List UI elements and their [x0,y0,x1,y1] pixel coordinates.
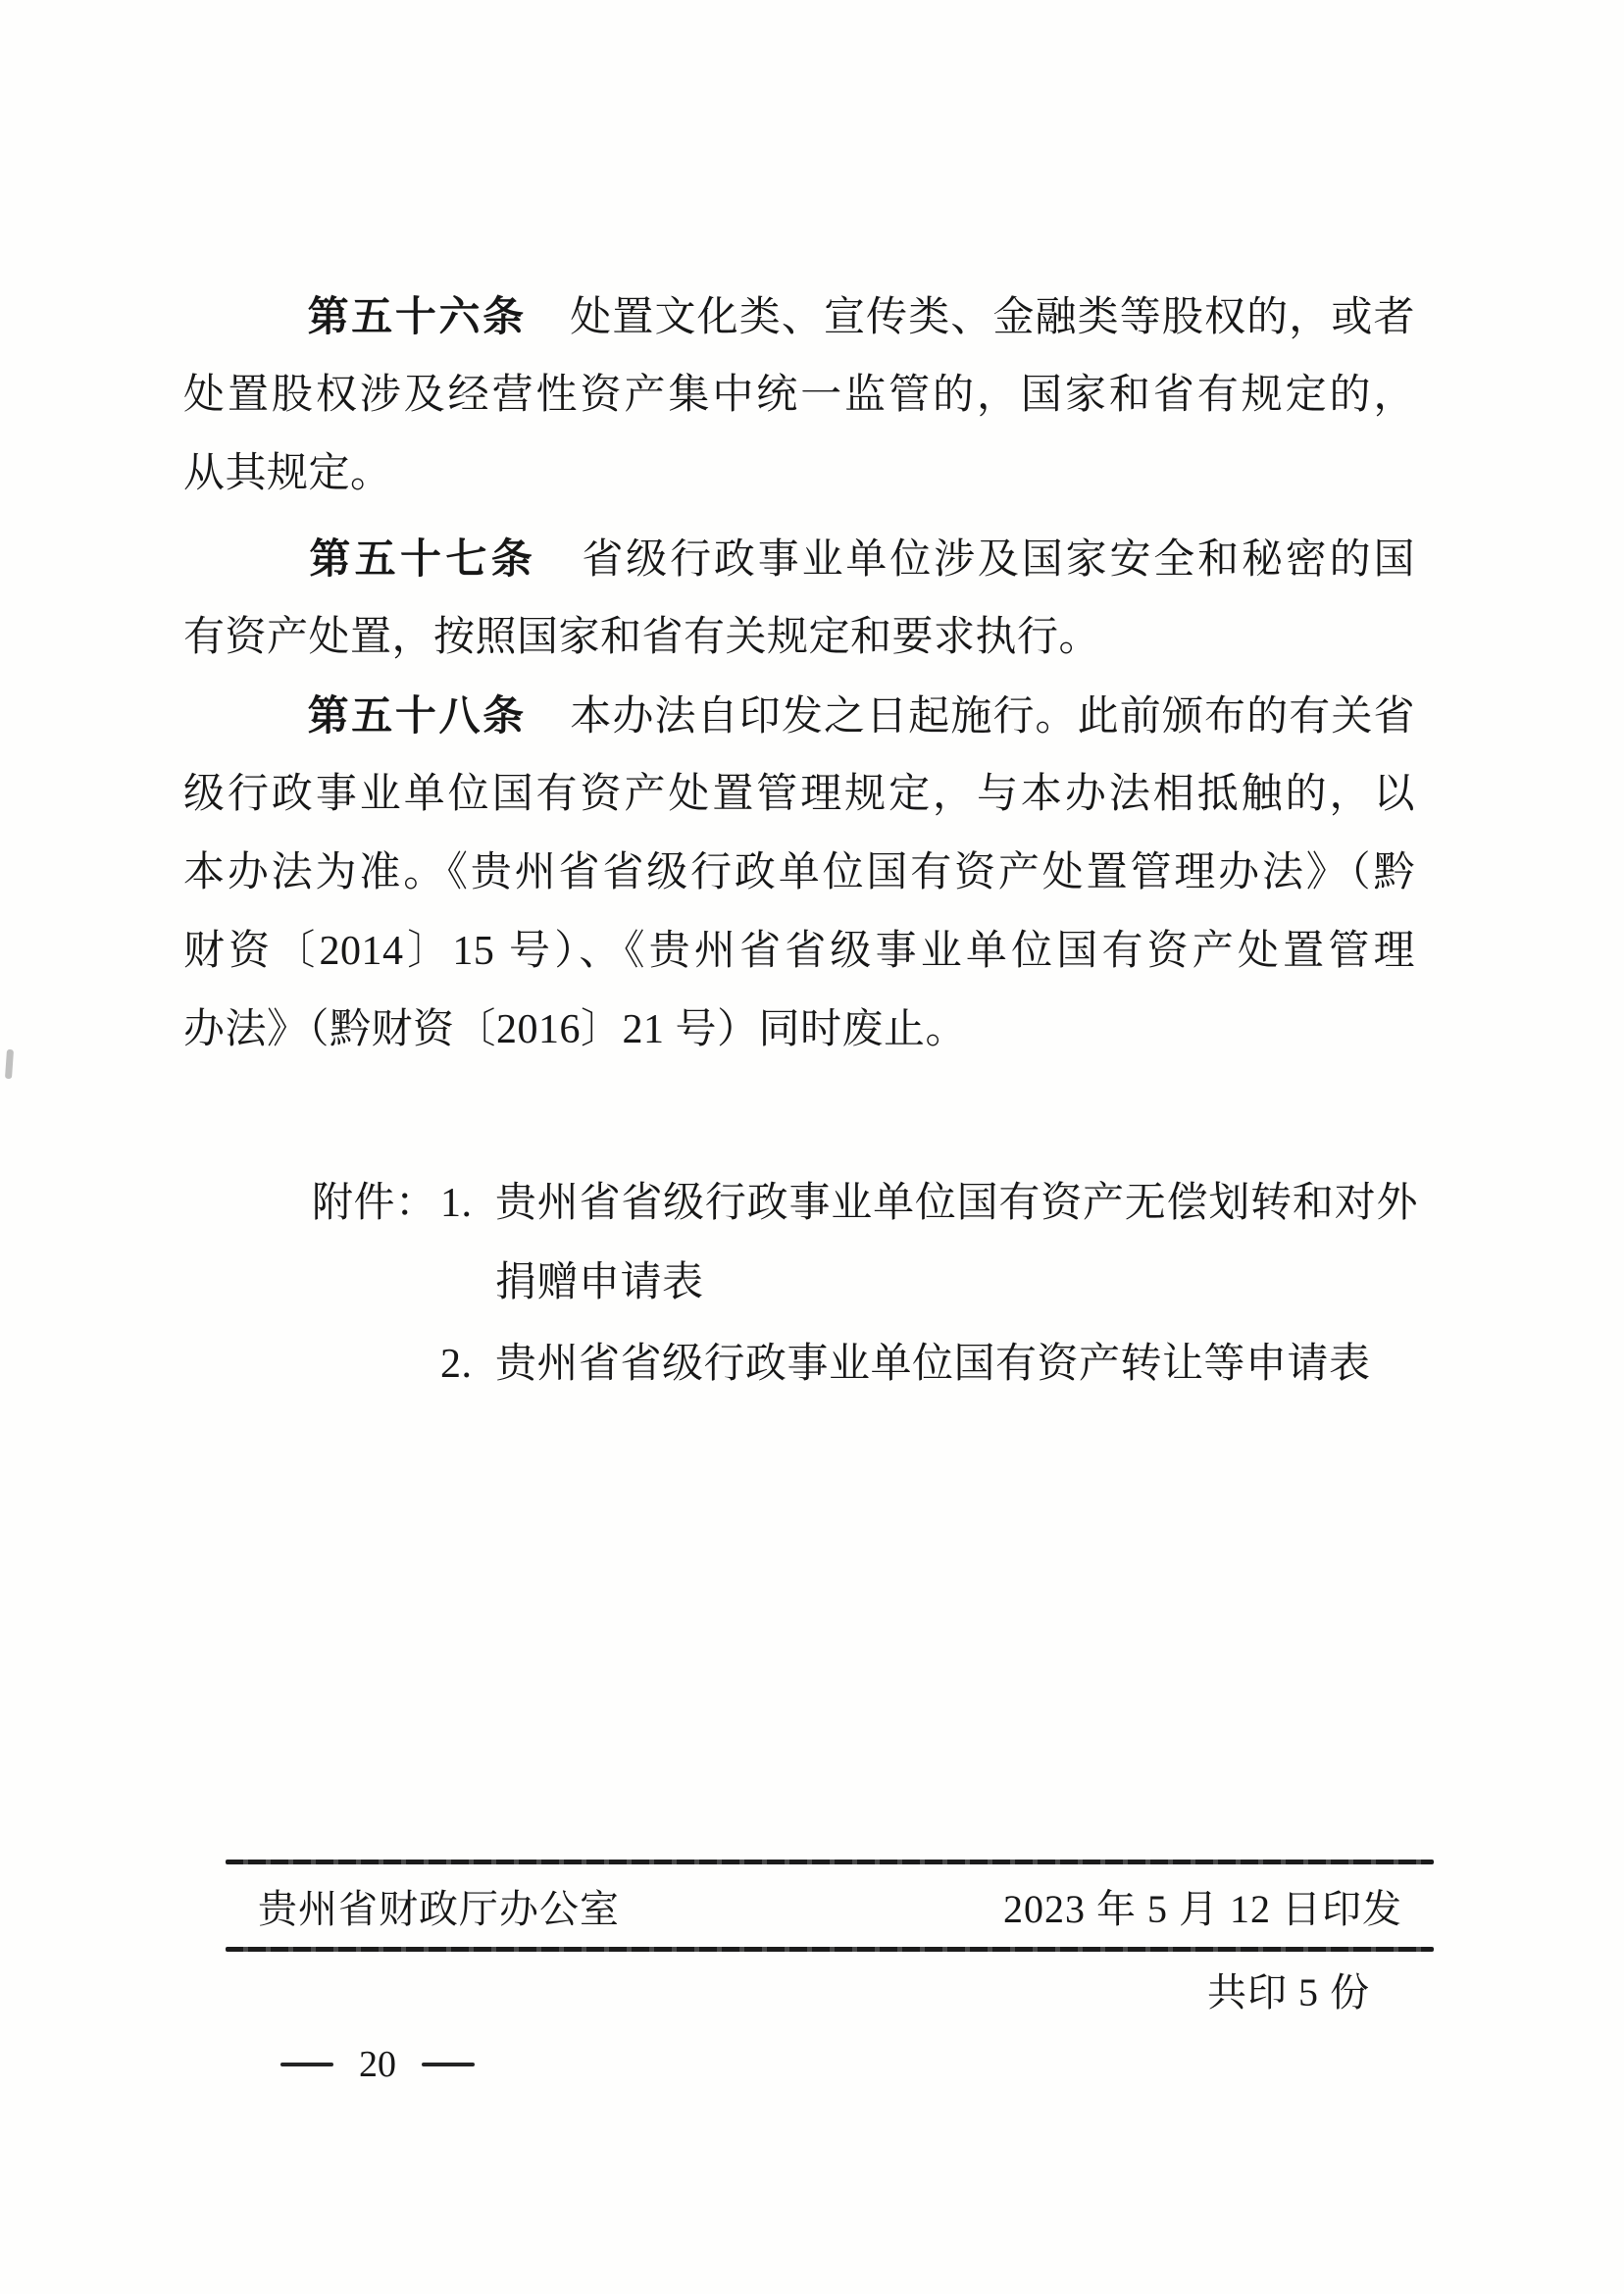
attachments-block: 附件： 1. 贵州省省级行政事业单位国有资产无偿划转和对外 捐赠申请表 2. 贵… [312,1164,1418,1404]
attachment-line: 捐赠申请表 [495,1244,1418,1323]
heading-gap [527,330,570,331]
first-line-indent [183,729,307,730]
attachment-line: 贵州省省级行政事业单位国有资产无偿划转和对外 [495,1164,1418,1244]
heading-gap [527,729,570,730]
attachments-list: 1. 贵州省省级行政事业单位国有资产无偿划转和对外 捐赠申请表 2. 贵州省省级… [440,1164,1418,1404]
attachment-number: 2. [440,1325,473,1404]
copies-count: 共印 5 份 [1207,1969,1370,2016]
body-text: 第五十六条处置文化类、宣传类、金融类等股权的，或者 处置股权涉及经营性资产集中统… [183,278,1415,1069]
attachment-line: 贵州省省级行政事业单位国有资产转让等申请表 [495,1325,1418,1404]
footer-rule-bottom [226,1947,1434,1952]
first-line-indent [183,330,307,331]
paragraph-article-58: 第五十八条本办法自印发之日起施行。此前颁布的有关省 级行政事业单位国有资产处置管… [183,677,1415,1069]
attachment-item: 2. 贵州省省级行政事业单位国有资产转让等申请表 [440,1325,1418,1404]
line-text: 处置文化类、宣传类、金融类等股权的，或者 [570,295,1415,340]
paragraph-article-56: 第五十六条处置文化类、宣传类、金融类等股权的，或者 处置股权涉及经营性资产集中统… [183,278,1415,513]
body-line: 办法》（黔财资〔2016〕21 号）同时废止。 [183,991,1415,1069]
issuing-office: 贵州省财政厅办公室 [258,1878,620,1934]
body-line: 第五十八条本办法自印发之日起施行。此前颁布的有关省 [183,677,1415,755]
body-line: 有资产处置，按照国家和省有关规定和要求执行。 [183,598,1415,677]
attachment-number: 1. [440,1164,473,1244]
print-date: 2023 年 5 月 12 日印发 [1003,1878,1402,1934]
footer-imprint-row: 贵州省财政厅办公室 2023 年 5 月 12 日印发 [258,1876,1402,1935]
page-number-dash-right [422,2063,475,2066]
body-line: 财资〔2014〕15 号）、《贵州省省级事业单位国有资产处置管理 [183,912,1415,991]
paragraph-article-57: 第五十七条省级行政事业单位涉及国家安全和秘密的国 有资产处置，按照国家和省有关规… [183,520,1415,677]
scan-artifact [5,1049,14,1079]
attachment-item: 1. 贵州省省级行政事业单位国有资产无偿划转和对外 捐赠申请表 [440,1164,1418,1323]
footer-rule-top [226,1860,1434,1864]
line-text: 本办法自印发之日起施行。此前颁布的有关省 [570,694,1415,739]
heading-gap [536,572,580,573]
document-page: 第五十六条处置文化类、宣传类、金融类等股权的，或者 处置股权涉及经营性资产集中统… [0,0,1624,2294]
page-number-value: 20 [359,2042,396,2087]
page-number-dash-left [280,2063,333,2066]
body-line: 第五十七条省级行政事业单位涉及国家安全和秘密的国 [183,520,1415,598]
page-number: 20 [280,2042,475,2087]
article-heading: 第五十八条 [307,692,527,739]
article-heading: 第五十七条 [307,535,536,582]
body-line: 第五十六条处置文化类、宣传类、金融类等股权的，或者 [183,278,1415,356]
article-heading: 第五十六条 [307,293,527,339]
attachments-label: 附件： [312,1164,440,1244]
line-text: 省级行政事业单位涉及国家安全和秘密的国 [580,537,1415,583]
body-line: 从其规定。 [183,434,1415,513]
body-line: 本办法为准。《贵州省省级行政单位国有资产处置管理办法》（黔 [183,834,1415,912]
body-line: 处置股权涉及经营性资产集中统一监管的，国家和省有规定的， [183,356,1415,434]
body-line: 级行政事业单位国有资产处置管理规定，与本办法相抵触的，以 [183,755,1415,834]
first-line-indent [183,572,307,573]
